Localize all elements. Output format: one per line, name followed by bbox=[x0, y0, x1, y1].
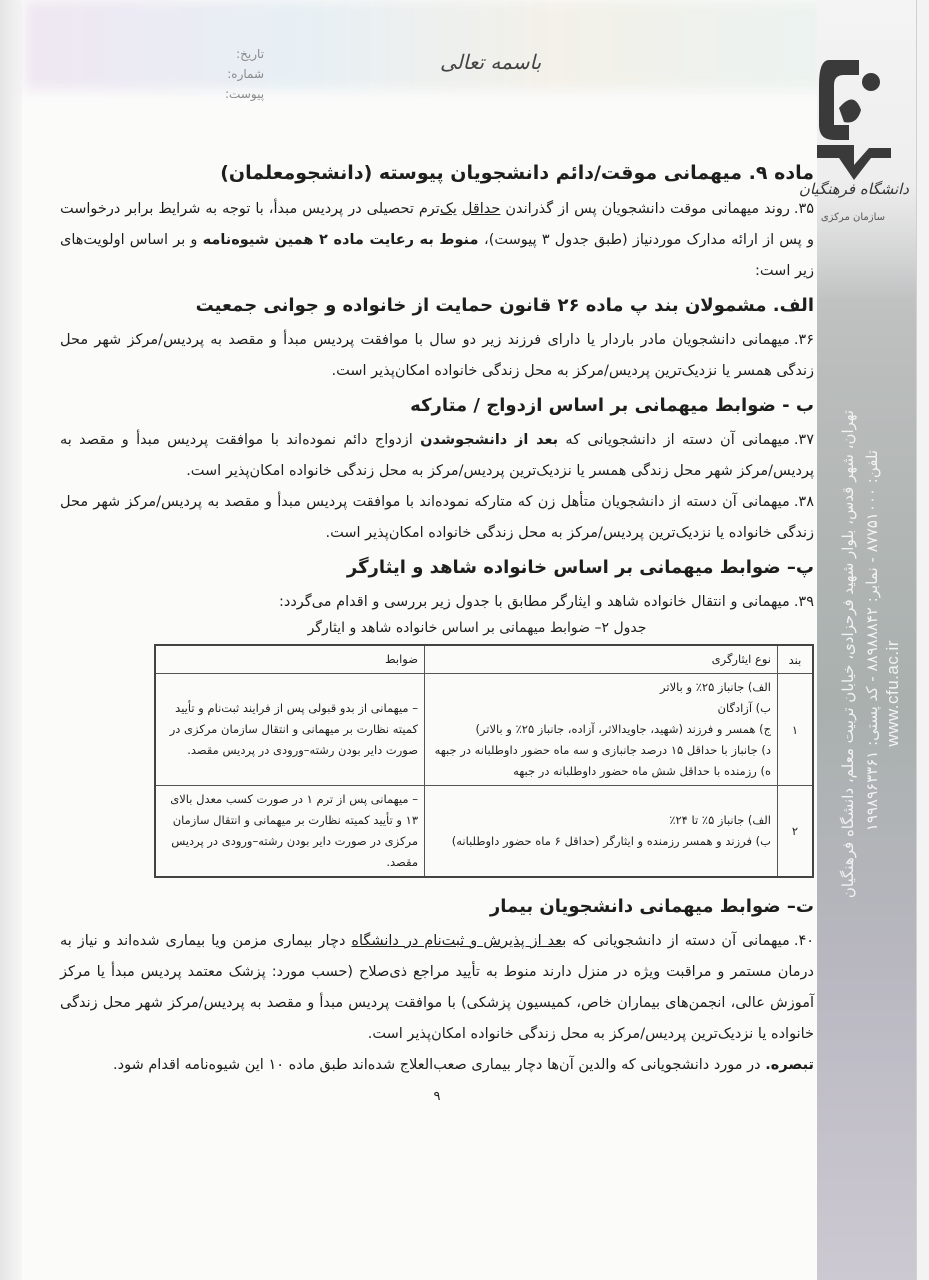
number-label: شماره: bbox=[225, 64, 264, 84]
section-te-title: ت– ضوابط میهمانی دانشجویان بیمار bbox=[60, 894, 814, 920]
table-header-row: بند نوع ایثارگری ضوابط bbox=[155, 645, 813, 674]
cell-rules: – میهمانی پس از ترم ۱ در صورت کسب معدل ب… bbox=[155, 786, 425, 878]
scan-artifact bbox=[25, 0, 825, 90]
sidebar-phones: تلفن: ۸۷۷۵۱۰۰۰ - نمابر: ۸۸۹۸۸۸۴۲ - کد پس… bbox=[863, 450, 881, 831]
cell-type: الف) جانباز ۲۵٪ و بالاتر ب) آزادگان ج) ه… bbox=[425, 674, 778, 786]
document-body: ماده ۹. میهمانی موقت/دائم دانشجویان پیوس… bbox=[60, 160, 814, 1104]
section-alef-title: الف. مشمولان بند پ ماده ۲۶ قانون حمایت ا… bbox=[60, 293, 814, 319]
sidebar-website: www.cfu.ac.ir bbox=[883, 640, 903, 747]
page-number: ۹ bbox=[60, 1089, 814, 1104]
logo-title: دانشگاه فرهنگیان bbox=[799, 180, 909, 198]
basmala: باسمه تعالی bbox=[440, 50, 541, 74]
clause-36: ۳۶.میهمانی دانشجویان مادر باردار یا دارا… bbox=[60, 325, 814, 387]
clause-39: ۳۹.میهمانی و انتقال خانواده شاهد و ایثار… bbox=[60, 587, 814, 618]
cell-rules: – میهمانی از بدو قبولی پس از فرایند ثبت‌… bbox=[155, 674, 425, 786]
header-band: بند bbox=[778, 645, 814, 674]
section-be-title: ب - ضوابط میهمانی بر اساس ازدواج / متارک… bbox=[60, 393, 814, 419]
attachment-label: پیوست: bbox=[225, 84, 264, 104]
sidebar-address: تهران، شهر قدس، بلوار شهید فرحزادی، خیاب… bbox=[839, 410, 857, 898]
cell-type: الف) جانباز ۵٪ تا ۲۴٪ ب) فرزند و همسر رز… bbox=[425, 786, 778, 878]
clause-35: ۳۵.روند میهمانی موقت دانشجویان پس از گذر… bbox=[60, 194, 814, 287]
table-row: ۱ الف) جانباز ۲۵٪ و بالاتر ب) آزادگان ج)… bbox=[155, 674, 813, 786]
table-row: ۲ الف) جانباز ۵٪ تا ۲۴٪ ب) فرزند و همسر … bbox=[155, 786, 813, 878]
university-logo-icon bbox=[799, 30, 909, 270]
table-caption: جدول ۲– ضوابط میهمانی بر اساس خانواده شا… bbox=[140, 620, 814, 636]
scan-left-edge bbox=[0, 0, 22, 1280]
letter-meta: تاریخ: شماره: پیوست: bbox=[225, 44, 264, 104]
veterans-rules-table: بند نوع ایثارگری ضوابط ۱ الف) جانباز ۲۵٪… bbox=[154, 644, 814, 878]
header-rules: ضوابط bbox=[155, 645, 425, 674]
logo-subtitle: سازمان مرکزی bbox=[821, 212, 885, 223]
header-type: نوع ایثارگری bbox=[425, 645, 778, 674]
section-pe-title: پ– ضوابط میهمانی بر اساس خانواده شاهد و … bbox=[60, 555, 814, 581]
date-label: تاریخ: bbox=[225, 44, 264, 64]
note: تبصره. در مورد دانشجویانی که والدین آن‌ه… bbox=[60, 1050, 814, 1081]
clause-37: ۳۷.میهمانی آن دسته از دانشجویانی که بعد … bbox=[60, 425, 814, 487]
clause-38: ۳۸.میهمانی آن دسته از دانشجویان متأهل زن… bbox=[60, 487, 814, 549]
cell-band: ۱ bbox=[778, 674, 814, 786]
article-title: ماده ۹. میهمانی موقت/دائم دانشجویان پیوس… bbox=[60, 160, 814, 186]
clause-40: ۴۰.میهمانی آن دسته از دانشجویانی که بعد … bbox=[60, 926, 814, 1050]
cell-band: ۲ bbox=[778, 786, 814, 878]
